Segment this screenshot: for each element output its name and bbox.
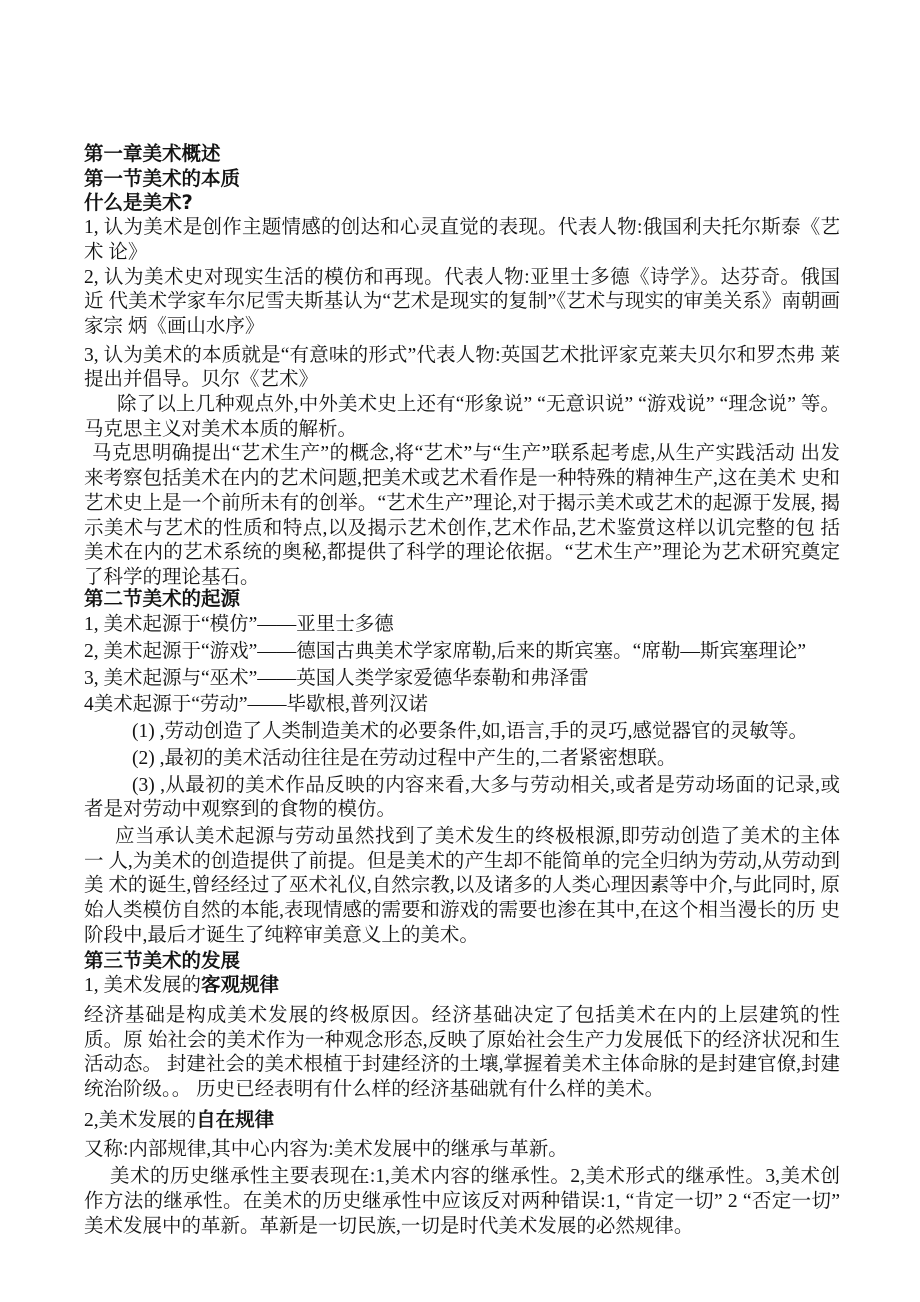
innate-law-alias: 又称:内部规律,其中心内容为:美术发展中的继承与革新。 <box>84 1138 840 1163</box>
innate-law-keyword: 自在规律 <box>196 1108 274 1131</box>
section2-heading: 第二节美术的起源 <box>84 587 840 612</box>
marxism-paragraph: 马克思明确提出“艺术生产”的概念,将“艺术”与“生产”联系起考虑,从生产实践活动… <box>84 442 840 590</box>
view2-paragraph: 2, 认为美术史对现实生活的模仿和再现。代表人物:亚里士多德《诗学》。达芬奇。俄… <box>84 266 840 340</box>
labor-point-2: (2) ,最初的美术活动往往是在劳动过程中产生的,二者紧密想联。 <box>84 747 840 772</box>
labor-point-3: (3) ,从最初的美术作品反映的内容来看,大多与劳动相关,或者是劳动场面的记录,… <box>84 774 840 823</box>
what-is-art-heading: 什么是美术? <box>84 191 840 216</box>
labor-summary-paragraph: 应当承认美术起源与劳动虽然找到了美术发生的终极根源,即劳动创造了美术的主体一 人… <box>84 825 840 949</box>
origin-mimicry-item: 1, 美术起源于“模仿”——亚里士多德 <box>84 613 840 638</box>
other-views-paragraph: 除了以上几种观点外,中外美术史上还有“形象说” “无意识说” “游戏说” “理念… <box>84 393 840 442</box>
document-page: 第一章美术概述 第一节美术的本质 什么是美术? 1, 认为美术是创作主题情感的创… <box>84 142 840 1239</box>
view3-paragraph: 3, 认为美术的本质就是“有意味的形式”代表人物:英国艺术批评家克莱夫贝尔和罗杰… <box>84 344 840 393</box>
section1-heading: 第一节美术的本质 <box>84 167 840 192</box>
innate-law-prefix: 2,美术发展的 <box>84 1110 196 1131</box>
objective-law-paragraph: 经济基础是构成美术发展的终极原因。经济基础决定了包括美术在内的上层建筑的性质。原… <box>84 1004 840 1103</box>
section3-heading: 第三节美术的发展 <box>84 949 840 974</box>
view1-paragraph: 1, 认为美术是创作主题情感的创达和心灵直觉的表现。代表人物:俄国利夫托尔斯泰《… <box>84 216 840 265</box>
labor-point-1: (1) ,劳动创造了人类制造美术的必要条件,如,语言,手的灵巧,感觉器官的灵敏等… <box>84 720 840 745</box>
objective-law-prefix: 1, 美术发展的 <box>84 975 201 996</box>
chapter-heading: 第一章美术概述 <box>84 142 840 167</box>
origin-witchcraft-item: 3, 美术起源与“巫术”——英国人类学家爱德华泰勒和弗泽雷 <box>84 667 840 692</box>
origin-labor-item: 4美术起源于“劳动”——毕歇根,普列汉诺 <box>84 693 840 718</box>
objective-law-heading: 1, 美术发展的客观规律 <box>84 973 840 999</box>
objective-law-keyword: 客观规律 <box>201 973 279 996</box>
innate-law-heading: 2,美术发展的自在规律 <box>84 1108 840 1134</box>
origin-game-item: 2, 美术起源于“游戏”——德国古典美术学家席勒,后来的斯宾塞。“席勒—斯宾塞理… <box>84 640 840 665</box>
inheritance-paragraph: 美术的历史继承性主要表现在:1,美术内容的继承性。2,美术形式的继承性。3,美术… <box>84 1165 840 1239</box>
